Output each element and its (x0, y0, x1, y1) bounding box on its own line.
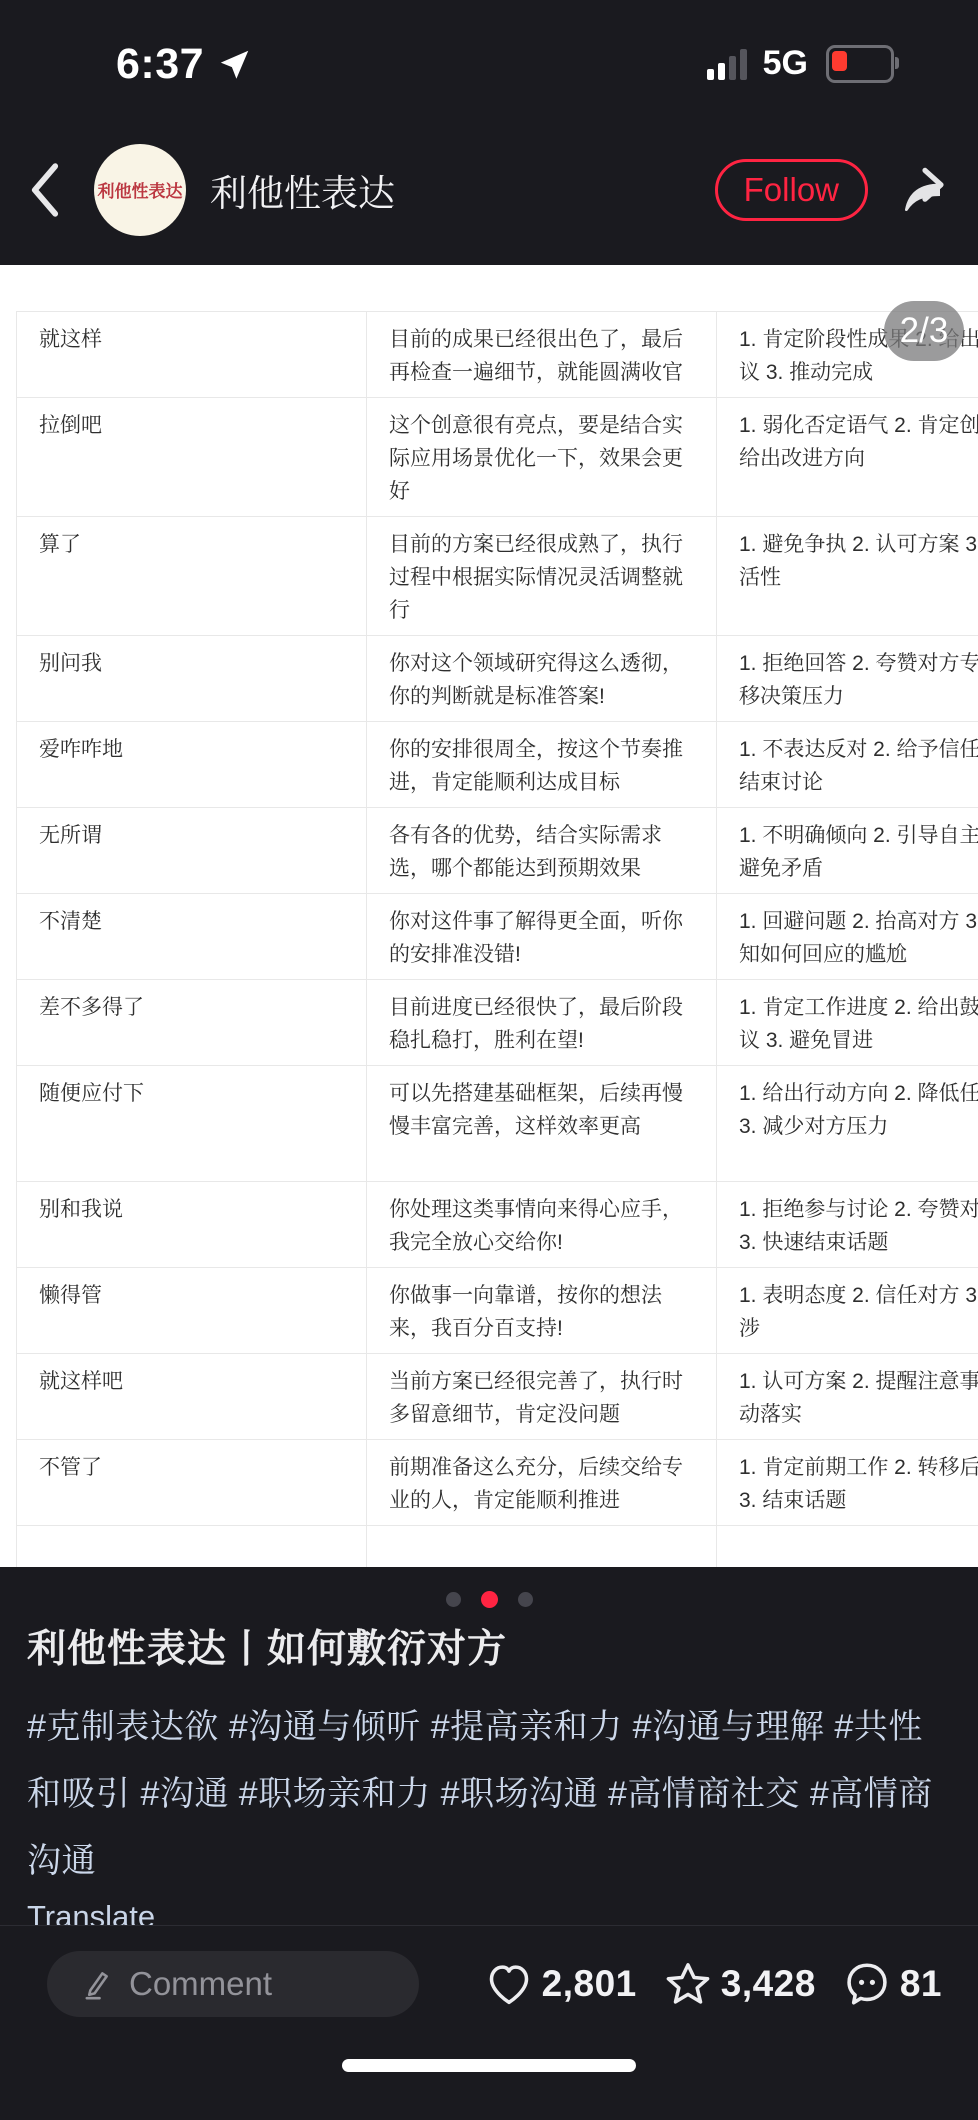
tips-cell: 1. 不明确倾向 2. 引导自主选择 3. 避免矛盾 (717, 808, 978, 894)
nav-header: 利他性表达 利他性表达 Follow (0, 100, 978, 265)
table-row: 无所谓 各有各的优势，结合实际需求选，哪个都能达到预期效果 1. 不明确倾向 2… (17, 808, 978, 894)
alt-expression-cell: 这个创意很有亮点，要是结合实际应用场景优化一下，效果会更好 (367, 398, 717, 517)
table-row: 就这样 目前的成果已经很出色了，最后再检查一遍细节，就能圆满收官 1. 肯定阶段… (17, 312, 978, 398)
post-image-viewer[interactable]: 就这样 目前的成果已经很出色了，最后再检查一遍细节，就能圆满收官 1. 肯定阶段… (0, 265, 978, 1567)
table-row: 不管了 前期准备这么充分，后续交给专业的人，肯定能顺利推进 1. 肯定前期工作 … (17, 1440, 978, 1526)
phrase-cell: 别和我说 (17, 1182, 367, 1268)
phrase-table: 就这样 目前的成果已经很出色了，最后再检查一遍细节，就能圆满收官 1. 肯定阶段… (16, 311, 978, 1567)
comment-input[interactable]: Comment (47, 1951, 419, 2017)
table-row (17, 1526, 978, 1568)
like-button[interactable]: 2,801 (484, 1959, 637, 2009)
location-arrow-icon (216, 47, 252, 83)
phrase-cell: 不管了 (17, 1440, 367, 1526)
battery-icon (826, 45, 894, 83)
alt-expression-cell: 你对这件事了解得更全面，听你的安排准没错! (367, 894, 717, 980)
phrase-cell: 懒得管 (17, 1268, 367, 1354)
post-body: 利他性表达丨如何敷衍对方 #克制表达欲 #沟通与倾听 #提高亲和力 #沟通与理解… (0, 1622, 978, 1935)
phrase-cell: 无所谓 (17, 808, 367, 894)
table-row: 拉倒吧 这个创意很有亮点，要是结合实际应用场景优化一下，效果会更好 1. 弱化否… (17, 398, 978, 517)
status-right-cluster: 5G (707, 44, 894, 83)
comment-bubble-icon (842, 1959, 892, 2009)
share-icon[interactable] (896, 164, 950, 216)
table-row: 差不多得了 目前进度已经很快了，最后阶段稳扎稳打，胜利在望! 1. 肯定工作进度… (17, 980, 978, 1066)
pencil-icon (79, 1967, 113, 2001)
status-bar: 6:37 5G (0, 0, 978, 100)
tips-cell: 1. 弱化否定语气 2. 肯定创新点 3. 给出改进方向 (717, 398, 978, 517)
table-row: 不清楚 你对这件事了解得更全面，听你的安排准没错! 1. 回避问题 2. 抬高对… (17, 894, 978, 980)
tips-cell: 1. 避免争执 2. 认可方案 3. 强调灵活性 (717, 517, 978, 636)
post-title: 利他性表达丨如何敷衍对方 (27, 1622, 951, 1678)
tips-cell: 1. 给出行动方向 2. 降低任务难度 3. 减少对方压力 (717, 1066, 978, 1182)
table-row: 别和我说 你处理这类事情向来得心应手，我完全放心交给你! 1. 拒绝参与讨论 2… (17, 1182, 978, 1268)
tips-cell: 1. 拒绝回答 2. 夸赞对方专业 3. 转移决策压力 (717, 636, 978, 722)
phrase-cell: 拉倒吧 (17, 398, 367, 517)
bottom-action-bar: Comment 2,801 3,428 81 (0, 1925, 978, 2120)
alt-expression-cell: 目前进度已经很快了，最后阶段稳扎稳打，胜利在望! (367, 980, 717, 1066)
pager-dot (446, 1592, 461, 1607)
alt-expression-cell: 你对这个领域研究得这么透彻，你的判断就是标准答案! (367, 636, 717, 722)
tips-cell: 1. 肯定前期工作 2. 转移后续责任 3. 结束话题 (717, 1440, 978, 1526)
comment-placeholder: Comment (129, 1965, 272, 2003)
page-indicator-badge: 2/3 (884, 301, 964, 361)
comments-button[interactable]: 81 (842, 1959, 942, 2009)
alt-expression-cell: 目前的方案已经很成熟了，执行过程中根据实际情况灵活调整就行 (367, 517, 717, 636)
phrase-cell: 就这样 (17, 312, 367, 398)
table-row: 别问我 你对这个领域研究得这么透彻，你的判断就是标准答案! 1. 拒绝回答 2.… (17, 636, 978, 722)
table-row: 懒得管 你做事一向靠谱，按你的想法来，我百分百支持! 1. 表明态度 2. 信任… (17, 1268, 978, 1354)
battery-level-low (832, 51, 847, 71)
like-count: 2,801 (542, 1963, 637, 2005)
table-row: 爱咋咋地 你的安排很周全，按这个节奏推进，肯定能顺利达成目标 1. 不表达反对 … (17, 722, 978, 808)
cellular-signal-icon (707, 48, 747, 80)
alt-expression-cell: 前期准备这么充分，后续交给专业的人，肯定能顺利推进 (367, 1440, 717, 1526)
alt-expression-cell: 你做事一向靠谱，按你的想法来，我百分百支持! (367, 1268, 717, 1354)
tips-cell: 1. 表明态度 2. 信任对方 3. 减少干涉 (717, 1268, 978, 1354)
pager-dot-active (481, 1591, 498, 1608)
engagement-group: 2,801 3,428 81 (468, 1948, 942, 2020)
alt-expression-cell: 你的安排很周全，按这个节奏推进，肯定能顺利达成目标 (367, 722, 717, 808)
table-row: 就这样吧 当前方案已经很完善了，执行时多留意细节，肯定没问题 1. 认可方案 2… (17, 1354, 978, 1440)
phrase-cell: 爱咋咋地 (17, 722, 367, 808)
app-screen: 6:37 5G 利他性表达 利他性表达 Follow (0, 0, 978, 2120)
back-button[interactable] (28, 160, 72, 220)
tips-cell: 1. 拒绝参与讨论 2. 夸赞对方能力 3. 快速结束话题 (717, 1182, 978, 1268)
table-row: 算了 目前的方案已经很成熟了，执行过程中根据实际情况灵活调整就行 1. 避免争执… (17, 517, 978, 636)
alt-expression-cell: 目前的成果已经很出色了，最后再检查一遍细节，就能圆满收官 (367, 312, 717, 398)
collect-button[interactable]: 3,428 (663, 1959, 816, 2009)
status-time: 6:37 (116, 40, 204, 89)
avatar-text: 利他性表达 (98, 177, 183, 202)
phrase-cell: 别问我 (17, 636, 367, 722)
phrase-cell: 就这样吧 (17, 1354, 367, 1440)
tips-cell: 1. 认可方案 2. 提醒注意事项 3. 推动落实 (717, 1354, 978, 1440)
collect-count: 3,428 (721, 1963, 816, 2005)
tips-cell: 1. 回避问题 2. 抬高对方 3. 化解不知如何回应的尴尬 (717, 894, 978, 980)
table-row: 随便应付下 可以先搭建基础框架，后续再慢慢丰富完善，这样效率更高 1. 给出行动… (17, 1066, 978, 1182)
alt-expression-cell: 各有各的优势，结合实际需求选，哪个都能达到预期效果 (367, 808, 717, 894)
phrase-cell: 不清楚 (17, 894, 367, 980)
follow-button[interactable]: Follow (715, 159, 868, 221)
avatar[interactable]: 利他性表达 (94, 144, 186, 236)
username[interactable]: 利他性表达 (210, 163, 395, 217)
pager-dot (518, 1592, 533, 1607)
alt-expression-cell: 当前方案已经很完善了，执行时多留意细节，肯定没问题 (367, 1354, 717, 1440)
status-time-group: 6:37 (116, 40, 252, 89)
alt-expression-cell: 可以先搭建基础框架，后续再慢慢丰富完善，这样效率更高 (367, 1066, 717, 1182)
tips-cell: 1. 不表达反对 2. 给予信任 3. 快速结束讨论 (717, 722, 978, 808)
phrase-cell: 差不多得了 (17, 980, 367, 1066)
phrase-cell: 算了 (17, 517, 367, 636)
comment-count: 81 (900, 1963, 942, 2005)
back-chevron-icon (28, 161, 62, 219)
post-hashtags[interactable]: #克制表达欲 #沟通与倾听 #提高亲和力 #沟通与理解 #共性和吸引 #沟通 #… (27, 1694, 951, 1895)
heart-icon (484, 1959, 534, 2009)
home-indicator[interactable] (342, 2059, 636, 2072)
phrase-cell: 随便应付下 (17, 1066, 367, 1182)
alt-expression-cell: 你处理这类事情向来得心应手，我完全放心交给你! (367, 1182, 717, 1268)
network-type-label: 5G (763, 44, 808, 83)
tips-cell: 1. 肯定工作进度 2. 给出鼓励性建议 3. 避免冒进 (717, 980, 978, 1066)
star-icon (663, 1959, 713, 2009)
